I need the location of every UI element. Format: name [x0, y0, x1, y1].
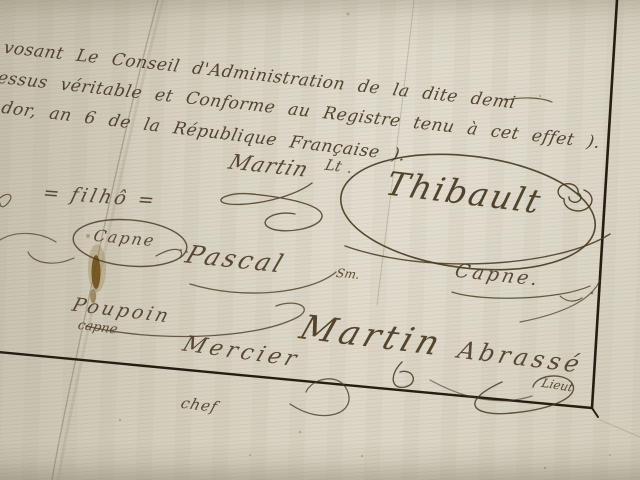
table-frame-vertical-line	[592, 0, 617, 408]
martin-lt-paraph	[221, 183, 322, 231]
left-margin-curve	[0, 233, 56, 242]
left-margin-flourish	[0, 194, 11, 206]
thibault-scribble-knot	[558, 184, 592, 211]
martin-large-paraph	[393, 362, 413, 387]
stain-speck	[86, 234, 90, 238]
photographed-manuscript: vosant Le Conseil d'Administration de la…	[0, 0, 640, 480]
signature-pascal-suffix: Sm.	[335, 266, 362, 282]
capne-tail	[560, 296, 582, 301]
filho-oval-tail	[28, 252, 74, 263]
thibault-undersweep	[345, 234, 610, 264]
bottom-right-crease	[600, 420, 640, 437]
pascal-lead-stroke	[156, 249, 182, 258]
table-frame-corner-tail	[592, 408, 598, 417]
